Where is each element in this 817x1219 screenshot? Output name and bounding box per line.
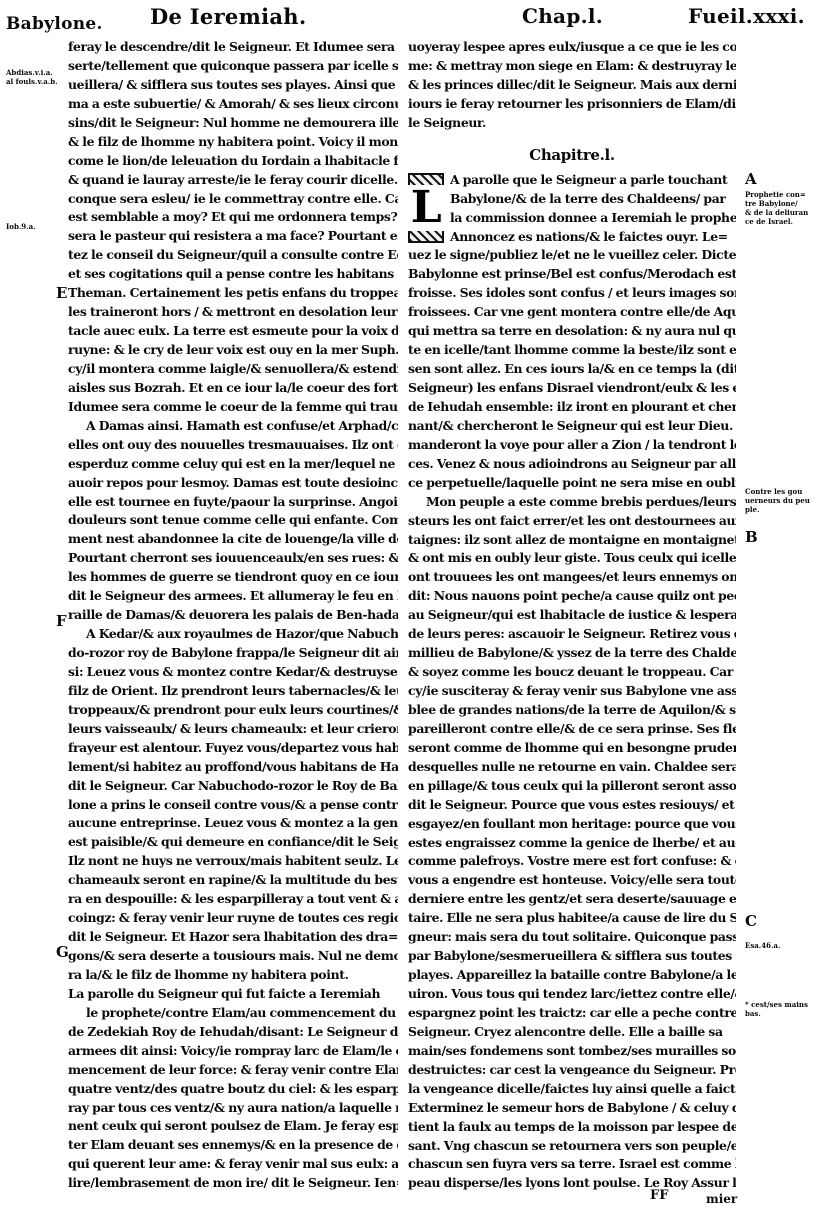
text-line: taignes: ilz sont allez de montaigne en … [408, 531, 736, 550]
section-letter-marker: E [56, 284, 67, 302]
text-line: pareilleront contre elle/& de ce sera pr… [408, 720, 736, 739]
text-line: mencement de leur force: & feray venir c… [68, 1061, 398, 1080]
section-letter-marker: G [56, 943, 69, 961]
text-line: A parolle que le Seigneur a parle toucha… [450, 171, 736, 190]
text-line: Mon peuple a este comme brebis perdues/l… [408, 493, 736, 512]
text-line: elles ont ouy des nouuelles tresmauuaise… [68, 436, 398, 455]
text-line: le Seigneur. [408, 114, 736, 133]
text-line: les traineront hors / & mettront en deso… [68, 303, 398, 322]
text-line: froisse. Ses idoles sont confus / et leu… [408, 284, 736, 303]
text-line: seront comme de lhomme qui en besongne p… [408, 739, 736, 758]
text-line: troppeaux/& prendront pour eulx leurs co… [68, 701, 398, 720]
text-line: nent ceulx qui seront poulsez de Elam. J… [68, 1117, 398, 1136]
text-line: tient la faulx au temps de la moisson pa… [408, 1118, 736, 1137]
text-line: ter Elam deuant ses ennemys/& en la pres… [68, 1136, 398, 1155]
text-line: comme palefroys. Vostre mere est fort co… [408, 852, 736, 871]
right-column-opening-text: uoyeray lespee apres eulx/iusque a ce qu… [408, 38, 736, 133]
text-line: Idumee sera comme le coeur de la femme q… [68, 398, 398, 417]
text-line: ueillera/ & sifflera sus toutes ses play… [68, 76, 398, 95]
text-line: vous a engendre est honteuse. Voicy/elle… [408, 871, 736, 890]
text-line: Ilz nont ne huys ne verroux/mais habiten… [68, 852, 398, 871]
text-line: si: Leuez vous & montez contre Kedar/& d… [68, 663, 398, 682]
text-line: & les princes dillec/dit le Seigneur. Ma… [408, 76, 736, 95]
text-line: Babylonne est prinse/Bel est confus/Mero… [408, 265, 736, 284]
text-line: & le filz de lhomme ny habitera point. V… [68, 133, 398, 152]
text-line: ra la/& le filz de lhomme ny habitera po… [68, 966, 398, 985]
text-line: sins/dit le Seigneur: Nul homme ne demou… [68, 114, 398, 133]
text-line: la vengeance dicelle/faictes luy ainsi q… [408, 1080, 736, 1099]
text-line: feray le descendre/dit le Seigneur. Et I… [68, 38, 398, 57]
text-line: La parolle du Seigneur qui fut faicte a … [68, 985, 398, 1004]
margin-note: Iob.9.a. [6, 222, 36, 231]
text-line: lement/si habitez au proffond/vous habit… [68, 758, 398, 777]
text-line: ruyne: & le cry de leur voix est ouy en … [68, 341, 398, 360]
text-line: coingz: & feray venir leur ruyne de tout… [68, 909, 398, 928]
book-title: De Ieremiah. [150, 4, 306, 29]
text-line: dit le Seigneur. Et Hazor sera lhabitati… [68, 928, 398, 947]
text-line: uez le signe/publiez le/et ne le vueille… [408, 246, 736, 265]
text-line: le prophete/contre Elam/au commencement … [68, 1004, 398, 1023]
text-line: cy/il montera comme laigle/& senuollera/… [68, 360, 398, 379]
text-line: nant/& chercheront le Seigneur qui est l… [408, 417, 736, 436]
text-line: steurs les ont faict errer/et les ont de… [408, 512, 736, 531]
text-line: conque sera esleu/ ie le commettray cont… [68, 190, 398, 209]
text-line: chameaulx seront en rapine/& la multitud… [68, 871, 398, 890]
text-line: esperduz comme celuy qui est en la mer/l… [68, 455, 398, 474]
text-line: ma a este subuertie/ & Amorah/ & ses lie… [68, 95, 398, 114]
text-line: de Iehudah ensemble: ilz iront en ploura… [408, 398, 736, 417]
text-line: sant. Vng chascun se retournera vers son… [408, 1137, 736, 1156]
text-line: blee de grandes nations/de la terre de A… [408, 701, 736, 720]
text-line: ont trouuees les ont mangees/et leurs en… [408, 568, 736, 587]
text-line: tez le conseil du Seigneur/quil a consul… [68, 246, 398, 265]
left-column: feray le descendre/dit le Seigneur. Et I… [68, 38, 398, 1193]
text-line: A Kedar/& aux royaulmes de Hazor/que Nab… [68, 625, 398, 644]
text-line: frayeur est alentour. Fuyez vous/departe… [68, 739, 398, 758]
text-line: froissees. Car vne gent montera contre e… [408, 303, 736, 322]
text-line: de Zedekiah Roy de Iehudah/disant: Le Se… [68, 1023, 398, 1042]
text-line: uiron. Vous tous qui tendez larc/iettez … [408, 985, 736, 1004]
text-line: Pourtant cherront ses iouuenceaulx/en se… [68, 549, 398, 568]
text-line: dit le Seigneur des armees. Et allumeray… [68, 587, 398, 606]
text-line: millieu de Babylone/& yssez de la terre … [408, 644, 736, 663]
text-line: manderont la voye pour aller a Zion / la… [408, 436, 736, 455]
text-line: filz de Orient. Ilz prendront leurs tabe… [68, 682, 398, 701]
chapter-opening-paragraph: L A parolle que le Seigneur a parle touc… [408, 171, 736, 247]
text-line: main/ses fondemens sont tombez/ses murai… [408, 1042, 736, 1061]
text-line: chascun sen fuyra vers sa terre. Israel … [408, 1155, 736, 1174]
signature-mark: FF [650, 1188, 668, 1203]
text-line: playes. Appareillez la bataille contre B… [408, 966, 736, 985]
initial-wrapped-lines: A parolle que le Seigneur a parle toucha… [408, 171, 736, 247]
text-line: Theman. Certainement les petis enfans du… [68, 284, 398, 303]
text-line: lone a prins le conseil contre vous/& a … [68, 796, 398, 815]
text-line: Babylone/& de la terre des Chaldeens/ pa… [450, 190, 736, 209]
text-line: dit le Seigneur. Car Nabuchodo-rozor le … [68, 777, 398, 796]
text-line: do-rozor roy de Babylone frappa/le Seign… [68, 644, 398, 663]
text-line: me: & mettray mon siege en Elam: & destr… [408, 57, 736, 76]
chapter-label: Chap.l. [522, 4, 603, 28]
margin-note: * cest/ses mains bas. [745, 1000, 808, 1018]
text-line: sen sont allez. En ces iours la/& en ce … [408, 360, 736, 379]
text-line: iours ie feray retourner les prisonniers… [408, 95, 736, 114]
text-line: et ses cogitations quil a pense contre l… [68, 265, 398, 284]
text-line: cy/ie susciteray & feray venir sus Babyl… [408, 682, 736, 701]
text-line: est semblable a moy? Et qui me ordonnera… [68, 208, 398, 227]
text-line: come le lion/de leleuation du Iordain a … [68, 152, 398, 171]
text-line: uoyeray lespee apres eulx/iusque a ce qu… [408, 38, 736, 57]
section-letter-marker: B [745, 528, 758, 546]
right-column-body-text: uez le signe/publiez le/et ne le vueille… [408, 246, 736, 1193]
text-line: la commission donnee a Ieremiah le proph… [450, 209, 736, 228]
text-line: douleurs sont tenue comme celle qui enfa… [68, 511, 398, 530]
running-head-left: Babylone. [6, 14, 103, 34]
text-line: ce perpetuelle/laquelle point ne sera mi… [408, 474, 736, 493]
text-line: ray par tous ces ventz/& ny aura nation/… [68, 1099, 398, 1118]
margin-note: Contre les gou uerneurs du peu ple. [745, 487, 810, 514]
text-line: dit: Nous nauons point peche/a cause qui… [408, 587, 736, 606]
text-line: te en icelle/tant lhomme comme la beste/… [408, 341, 736, 360]
book-page: Babylone. De Ieremiah. Chap.l. Fueil.xxx… [0, 0, 817, 1219]
decorated-initial-letter: L [408, 173, 444, 243]
text-line: serte/tellement que quiconque passera pa… [68, 57, 398, 76]
text-line: au Seigneur/qui est lhabitacle de iustic… [408, 606, 736, 625]
text-line: aisles sus Bozrah. Et en ce iour la/le c… [68, 379, 398, 398]
text-line: ra en despouille: & les esparpilleray a … [68, 890, 398, 909]
text-line: esgayez/en foullant mon heritage: pource… [408, 815, 736, 834]
text-line: gons/& sera deserte a tousiours mais. Nu… [68, 947, 398, 966]
text-line: destruictes: car cest la vengeance du Se… [408, 1061, 736, 1080]
margin-note: Esa.46.a. [745, 941, 780, 950]
text-line: A Damas ainsi. Hamath est confuse/et Arp… [68, 417, 398, 436]
text-line: les hommes de guerre se tiendront quoy e… [68, 568, 398, 587]
text-line: Seigneur. Cryez alencontre delle. Elle a… [408, 1023, 736, 1042]
text-line: Annoncez es nations/& le faictes ouyr. L… [450, 228, 736, 247]
section-letter-marker: F [56, 612, 67, 630]
text-line: de leurs peres: ascauoir le Seigneur. Re… [408, 625, 736, 644]
text-line: dit le Seigneur. Pource que vous estes r… [408, 796, 736, 815]
margin-note: Abdias.v.i.a. al fouls.v.a.b. [6, 68, 58, 86]
text-line: lire/lembrasement de mon ire/ dit le Sei… [68, 1174, 398, 1193]
text-line: quatre ventz/des quatre boutz du ciel: &… [68, 1080, 398, 1099]
text-line: est paisible/& qui demeure en confiance/… [68, 833, 398, 852]
chapter-heading: Chapitre.l. [408, 133, 736, 171]
text-line: espargnez point les traictz: car elle a … [408, 1004, 736, 1023]
text-line: qui mettra sa terre en desolation: & ny … [408, 322, 736, 341]
text-line: gneur: mais sera du tout solitaire. Quic… [408, 928, 736, 947]
text-line: ces. Venez & nous adioindrons au Seigneu… [408, 455, 736, 474]
text-line: peau disperse/les lyons lont poulse. Le … [408, 1174, 736, 1193]
margin-note: Prophetie con= tre Babylone/ & de la del… [745, 190, 808, 226]
text-line: ment nest abandonnee la cite de louenge/… [68, 530, 398, 549]
text-line: Seigneur) les enfans Disrael viendront/e… [408, 379, 736, 398]
folio-number: Fueil.xxxi. [688, 4, 805, 28]
text-line: sera le pasteur qui resistera a ma face?… [68, 227, 398, 246]
text-line: derniere entre les gentz/et sera deserte… [408, 890, 736, 909]
text-line: auoir repos pour lesmoy. Damas est toute… [68, 474, 398, 493]
text-line: armees dit ainsi: Voicy/ie rompray larc … [68, 1042, 398, 1061]
catchword: mier [706, 1192, 737, 1206]
text-line: Exterminez le semeur hors de Babylone / … [408, 1099, 736, 1118]
text-line: tacle auec eulx. La terre est esmeute po… [68, 322, 398, 341]
text-line: desquelles nulle ne retourne en vain. Ch… [408, 758, 736, 777]
right-column: uoyeray lespee apres eulx/iusque a ce qu… [408, 38, 736, 1193]
text-line: taire. Elle ne sera plus habitee/a cause… [408, 909, 736, 928]
section-letter-marker: A [745, 170, 757, 188]
text-line: qui querent leur ame: & feray venir mal … [68, 1155, 398, 1174]
text-line: estes engraissez comme la genice de lher… [408, 834, 736, 853]
text-line: raille de Damas/& deuorera les palais de… [68, 606, 398, 625]
text-line: & ont mis en oubly leur giste. Tous ceul… [408, 549, 736, 568]
text-line: par Babylone/sesmerueillera & sifflera s… [408, 947, 736, 966]
section-letter-marker: C [745, 912, 757, 930]
text-line: leurs vaisseaulx/ & leurs chameaulx: et … [68, 720, 398, 739]
text-line: aucune entreprinse. Leuez vous & montez … [68, 814, 398, 833]
text-line: en pillage/& tous ceulx qui la pilleront… [408, 777, 736, 796]
text-line: & soyez comme les boucz deuant le troppe… [408, 663, 736, 682]
text-line: elle est tournee en fuyte/paour la surpr… [68, 493, 398, 512]
text-line: & quand ie lauray arreste/ie le feray co… [68, 171, 398, 190]
